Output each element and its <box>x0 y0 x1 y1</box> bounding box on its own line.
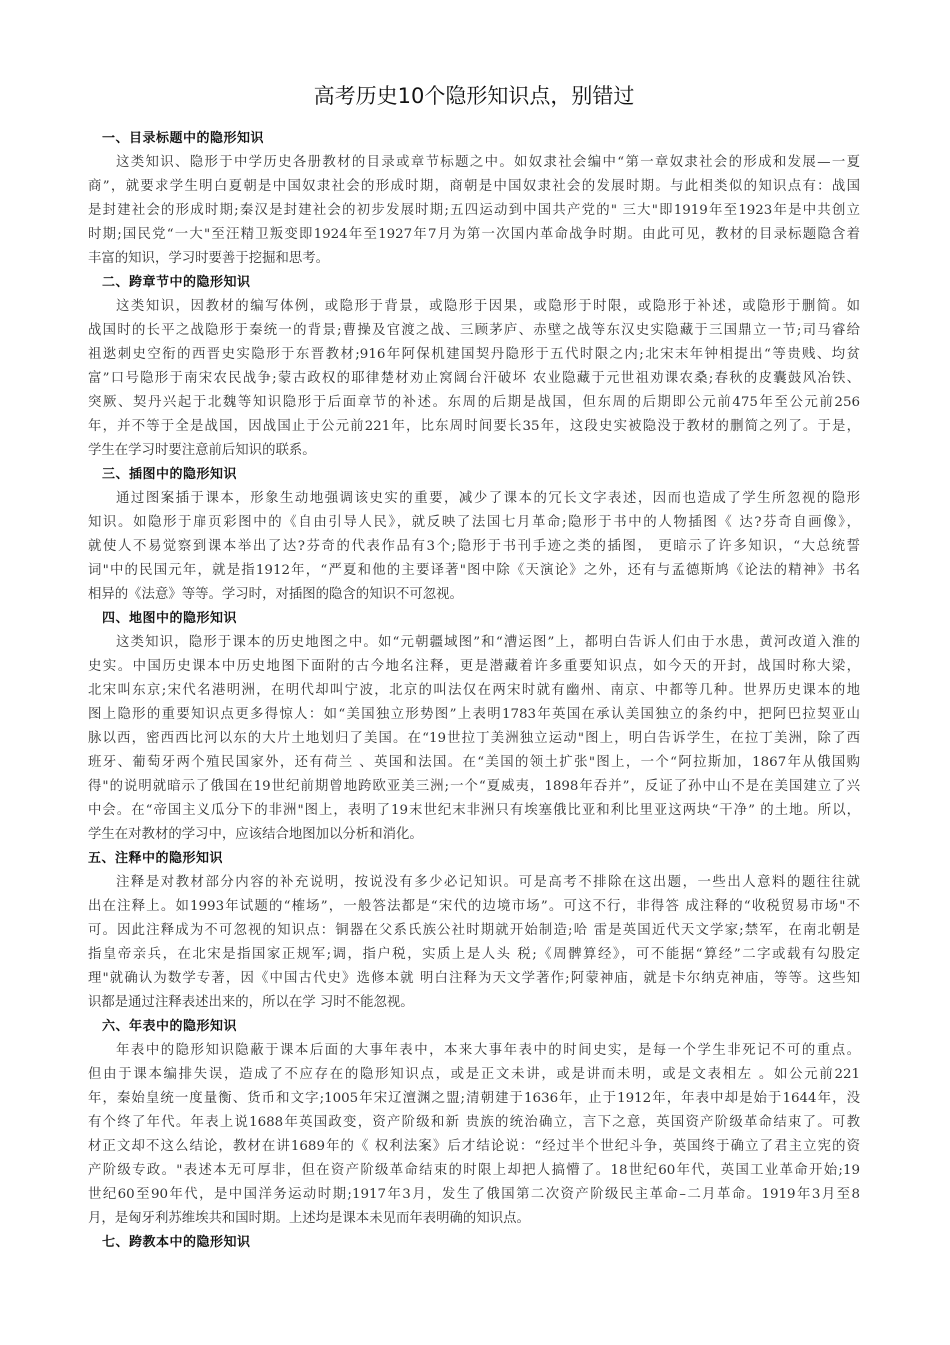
paragraph-line: 史实。中国历史课本中历史地图下面附的古今地名注释，更是潜藏着许多重要知识点，如今… <box>88 655 860 679</box>
section-heading: 六、年表中的隐形知识 <box>88 1015 860 1039</box>
paragraph-line: 商”，就要求学生明白夏朝是中国奴隶社会的形成时期，商朝是中国奴隶社会的发展时期。… <box>88 175 860 199</box>
paragraph-line: 可。因此注释成为不可忽视的知识点：铜器在父系氏族公社时期就开始制造;哈 雷是英国… <box>88 919 860 943</box>
paragraph-line: 但由于课本编排失误，造成了不应存在的隐形知识点，或是正文未讲，或是讲而未明，或是… <box>88 1063 860 1087</box>
paragraph-line: 富”口号隐形于南宋农民战争;蒙古政权的耶律楚材劝止窝阔台汗破坏 农业隐藏于元世祖… <box>88 367 860 391</box>
section-4: 四、地图中的隐形知识这类知识，隐形于课本的历史地图之中。如“元朝疆域图”和“漕运… <box>88 607 860 847</box>
paragraph-line: 是封建社会的形成时期;秦汉是封建社会的初步发展时期;五四运动到中国共产党的" 三… <box>88 199 860 223</box>
section-paragraph: 这类知识，隐形于课本的历史地图之中。如“元朝疆域图”和“漕运图”上，都明白告诉人… <box>88 631 860 847</box>
section-heading: 七、跨教本中的隐形知识 <box>88 1231 860 1255</box>
paragraph-line: 出在注释上。如1993年试题的“榷场”，一般答法都是“宋代的边境市场”。可这不行… <box>88 895 860 919</box>
document-body: 一、目录标题中的隐形知识这类知识、隐形于中学历史各册教材的目录或章节标题之中。如… <box>88 127 860 1255</box>
section-2: 二、跨章节中的隐形知识这类知识，因教材的编写体例，或隐形于背景，或隐形于因果，或… <box>88 271 860 463</box>
paragraph-line: 时期;国民党“一大"至汪精卫叛变即1924年至1927年7月为第一次国内革命战争… <box>88 223 860 247</box>
section-paragraph: 这类知识、隐形于中学历史各册教材的目录或章节标题之中。如奴隶社会编中“第一章奴隶… <box>88 151 860 271</box>
paragraph-line: 脉以西，密西西比河以东的大片土地划归了美国。在“19世拉丁美洲独立运动"图上，明… <box>88 727 860 751</box>
paragraph-line: 战国时的长平之战隐形于秦统一的背景;曹操及官渡之战、三顾茅庐、赤壁之战等东汉史实… <box>88 319 860 343</box>
paragraph-line: 图上隐形的重要知识点更多得惊人：如“美国独立形势图”上表明1783年英国在承认美… <box>88 703 860 727</box>
paragraph-line: 注释是对教材部分内容的补充说明，按说没有多少必记知识。可是高考不排除在这出题，一… <box>88 871 860 895</box>
paragraph-line: 突厥、契丹兴起于北魏等知识隐形于后面章节的补述。东周的后期是战国，但东周的后期即… <box>88 391 860 415</box>
paragraph-line: 有个终了年代。年表上说1688年英国政变，资产阶级和新 贵族的统治确立，言下之意… <box>88 1111 860 1135</box>
paragraph-line: 世纪60至90年代，是中国洋务运动时期;1917年3月，发生了俄国第二次资产阶级… <box>88 1183 860 1207</box>
paragraph-line: 相异的《法意》等等。学习时，对插图的隐含的知识不可忽视。 <box>88 583 860 607</box>
paragraph-line: 年，秦始皇统一度量衡、货币和文字;1005年宋辽澶渊之盟;清朝建于1636年，止… <box>88 1087 860 1111</box>
section-paragraph: 年表中的隐形知识隐蔽于课本后面的大事年表中，本来大事年表中的时间史实，是每一个学… <box>88 1039 860 1231</box>
paragraph-line: 材正文却不这么结论，教材在讲1689年的《 权利法案》后才结论说：“经过半个世纪… <box>88 1135 860 1159</box>
paragraph-line: 这类知识、隐形于中学历史各册教材的目录或章节标题之中。如奴隶社会编中“第一章奴隶… <box>88 151 860 175</box>
paragraph-line: 就使人不易觉察到课本举出了达?芬奇的代表作品有3个;隐形于书刊手迹之类的插图， … <box>88 535 860 559</box>
paragraph-line: 词"中的民国元年，就是指1912年，“严夏和他的主要译著"图中除《天演论》之外，… <box>88 559 860 583</box>
section-heading: 五、注释中的隐形知识 <box>88 847 860 871</box>
section-paragraph: 注释是对教材部分内容的补充说明，按说没有多少必记知识。可是高考不排除在这出题，一… <box>88 871 860 1015</box>
paragraph-line: 班牙、葡萄牙两个殖民国家外，还有荷兰 、英国和法国。在“美国的领土扩张"图上，一… <box>88 751 860 775</box>
section-1: 一、目录标题中的隐形知识这类知识、隐形于中学历史各册教材的目录或章节标题之中。如… <box>88 127 860 271</box>
paragraph-line: 知识。如隐形于扉页彩图中的《自由引导人民》，就反映了法国七月革命;隐形于书中的人… <box>88 511 860 535</box>
section-heading: 一、目录标题中的隐形知识 <box>88 127 860 151</box>
paragraph-line: 月，是匈牙利苏维埃共和国时期。上述均是课本未见而年表明确的知识点。 <box>88 1207 860 1231</box>
section-heading: 二、跨章节中的隐形知识 <box>88 271 860 295</box>
paragraph-line: 理"就确认为数学专著，因《中国古代史》选修本就 明白注释为天文学著作;阿蒙神庙，… <box>88 967 860 991</box>
paragraph-line: 通过图案插于课本，形象生动地强调该史实的重要，减少了课本的冗长文字表述，因而也造… <box>88 487 860 511</box>
document-title: 高考历史10个隐形知识点，别错过 <box>88 82 860 110</box>
paragraph-line: 指皇帝亲兵，在北宋是指国家正规军;调，指户税，实质上是人头 税;《周髀算经》，可… <box>88 943 860 967</box>
section-3: 三、插图中的隐形知识通过图案插于课本，形象生动地强调该史实的重要，减少了课本的冗… <box>88 463 860 607</box>
paragraph-line: 祖逖刺史空衔的西晋史实隐形于东晋教材;916年阿保机建国契丹隐形于五代时限之内;… <box>88 343 860 367</box>
section-paragraph: 通过图案插于课本，形象生动地强调该史实的重要，减少了课本的冗长文字表述，因而也造… <box>88 487 860 607</box>
paragraph-line: 产阶级专政。"表述本无可厚非，但在资产阶级革命结束的时限上却把人搞懵了。18世纪… <box>88 1159 860 1183</box>
section-heading: 三、插图中的隐形知识 <box>88 463 860 487</box>
paragraph-line: 得"的说明就暗示了俄国在19世纪前期曾地跨欧亚美三洲;一个“夏威夷，1898年吞… <box>88 775 860 799</box>
paragraph-line: 学生在学习时要注意前后知识的联系。 <box>88 439 860 463</box>
paragraph-line: 年表中的隐形知识隐蔽于课本后面的大事年表中，本来大事年表中的时间史实，是每一个学… <box>88 1039 860 1063</box>
paragraph-line: 这类知识，因教材的编写体例，或隐形于背景，或隐形于因果，或隐形于时限，或隐形于补… <box>88 295 860 319</box>
paragraph-line: 识都是通过注释表述出来的，所以在学 习时不能忽视。 <box>88 991 860 1015</box>
section-heading: 四、地图中的隐形知识 <box>88 607 860 631</box>
section-6: 六、年表中的隐形知识年表中的隐形知识隐蔽于课本后面的大事年表中，本来大事年表中的… <box>88 1015 860 1231</box>
section-5: 五、注释中的隐形知识注释是对教材部分内容的补充说明，按说没有多少必记知识。可是高… <box>88 847 860 1015</box>
paragraph-line: 中会。在“帝国主义瓜分下的非洲"图上，表明了19末世纪末非洲只有埃塞俄比亚和利比… <box>88 799 860 823</box>
paragraph-line: 北宋叫东京;宋代名港明洲，在明代却叫宁波，北京的叫法仅在两宋时就有幽州、南京、中… <box>88 679 860 703</box>
paragraph-line: 学生在对教材的学习中，应该结合地图加以分析和消化。 <box>88 823 860 847</box>
paragraph-line: 这类知识，隐形于课本的历史地图之中。如“元朝疆域图”和“漕运图”上，都明白告诉人… <box>88 631 860 655</box>
section-paragraph: 这类知识，因教材的编写体例，或隐形于背景，或隐形于因果，或隐形于时限，或隐形于补… <box>88 295 860 463</box>
paragraph-line: 丰富的知识，学习时要善于挖掘和思考。 <box>88 247 860 271</box>
section-7: 七、跨教本中的隐形知识 <box>88 1231 860 1255</box>
paragraph-line: 年，并不等于全是战国，因战国止于公元前221年，比东周时间要长35年，这段史实被… <box>88 415 860 439</box>
